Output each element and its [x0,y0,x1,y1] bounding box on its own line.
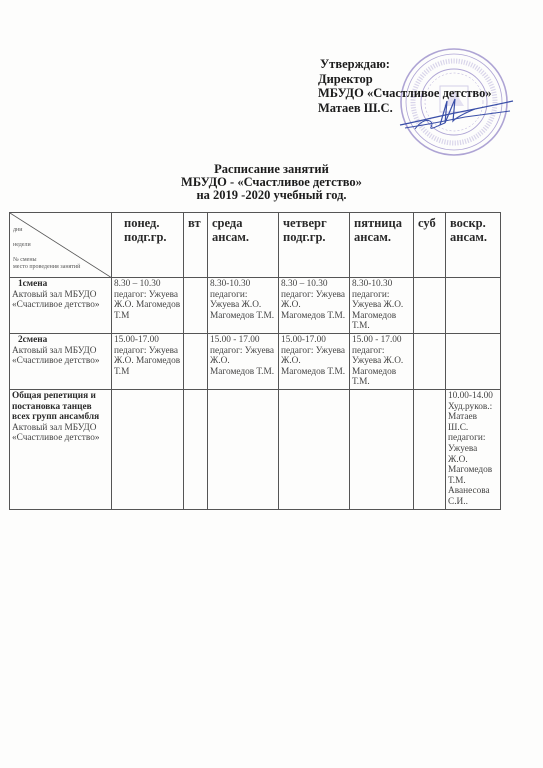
schedule-cell: 8.30 – 10.30 педагог: Ужуева Ж.О. Магоме… [112,278,184,334]
schedule-cell: 8.30-10.30 педагоги: Ужуева Ж.О. Магомед… [350,278,414,334]
schedule-cell [184,389,208,509]
schedule-cell: 10.00-14.00 Худ.руков.: Матаев Ш.С. педа… [446,389,501,509]
schedule-cell: 8.30 – 10.30 педагог: Ужуева Ж.О. Магоме… [279,278,350,334]
header-sunday: воскр.ансам. [446,213,501,278]
schedule-cell [446,333,501,389]
corner-header-cell: дни недели № смены место проведения заня… [10,213,112,278]
header-tuesday: вт [184,213,208,278]
place-label: место проведения занятий [13,264,80,270]
shift-name: 2смена [12,335,47,345]
header-saturday: суб [414,213,446,278]
shift-cell: 2сменаАктовый зал МБУДО «Счастливое детс… [10,333,112,389]
schedule-cell: 15.00-17.00 педагог: Ужуева Ж.О. Магомед… [279,333,350,389]
approval-position: Директор [318,72,492,87]
schedule-cell [279,389,350,509]
header-group: ансам. [212,230,249,244]
schedule-cell [112,389,184,509]
schedule-cell [414,333,446,389]
shift-cell: 1сменаАктовый зал МБУДО «Счастливое детс… [10,278,112,334]
document-title: Расписание занятий МБУДО - «Счастливое д… [0,163,543,202]
signature-icon [395,95,515,135]
week-label: недели [13,240,31,251]
schedule-cell [414,278,446,334]
header-day: вт [188,216,201,230]
header-day: пятница [354,216,402,230]
schedule-cell [184,278,208,334]
schedule-cell [446,278,501,334]
table-row: 2сменаАктовый зал МБУДО «Счастливое детс… [10,333,501,389]
shift-place-label: № смены место проведения занятий [13,257,80,271]
table-row: Общая репетиция и постановка танцев всех… [10,389,501,509]
header-group: подг.гр. [124,230,167,244]
approval-heading: Утверждаю: [318,57,492,72]
header-day: суб [418,216,436,230]
header-day: понед. [124,216,160,230]
schedule-cell: 15.00 - 17.00 педагог: Ужуева Ж.О. Магом… [350,333,414,389]
rehearsal-place: Актовый зал МБУДО «Счастливое детство» [12,423,100,444]
header-friday: пятницаансам. [350,213,414,278]
shift-place: Актовый зал МБУДО «Счастливое детство» [12,290,100,311]
header-group: подг.гр. [283,230,326,244]
rehearsal-title: Общая репетиция и постановка танцев всех… [12,391,99,422]
schedule-cell [414,389,446,509]
rehearsal-cell: Общая репетиция и постановка танцев всех… [10,389,112,509]
table-header-row: дни недели № смены место проведения заня… [10,213,501,278]
days-label: дни [13,225,22,236]
schedule-cell [184,333,208,389]
shift-place: Актовый зал МБУДО «Счастливое детство» [12,346,100,367]
schedule-cell [208,389,279,509]
shift-name: 1смена [12,279,47,289]
header-monday: понед.подг.гр. [112,213,184,278]
shift-label: № смены [13,257,37,263]
header-group: ансам. [354,230,391,244]
header-day: среда [212,216,242,230]
schedule-cell: 15.00 - 17.00 педагог: Ужуева Ж.О. Магом… [208,333,279,389]
header-group: ансам. [450,230,487,244]
schedule-cell: 15.00-17.00 педагог: Ужуева Ж.О. Магомед… [112,333,184,389]
title-line-3: на 2019 -2020 учебный год. [0,189,543,202]
header-wednesday: средаансам. [208,213,279,278]
schedule-table: дни недели № смены место проведения заня… [9,212,501,510]
schedule-cell: 8.30-10.30 педагоги: Ужуева Ж.О. Магомед… [208,278,279,334]
header-day: четверг [283,216,327,230]
table-row: 1сменаАктовый зал МБУДО «Счастливое детс… [10,278,501,334]
header-thursday: четвергподг.гр. [279,213,350,278]
header-day: воскр. [450,216,486,230]
schedule-cell [350,389,414,509]
